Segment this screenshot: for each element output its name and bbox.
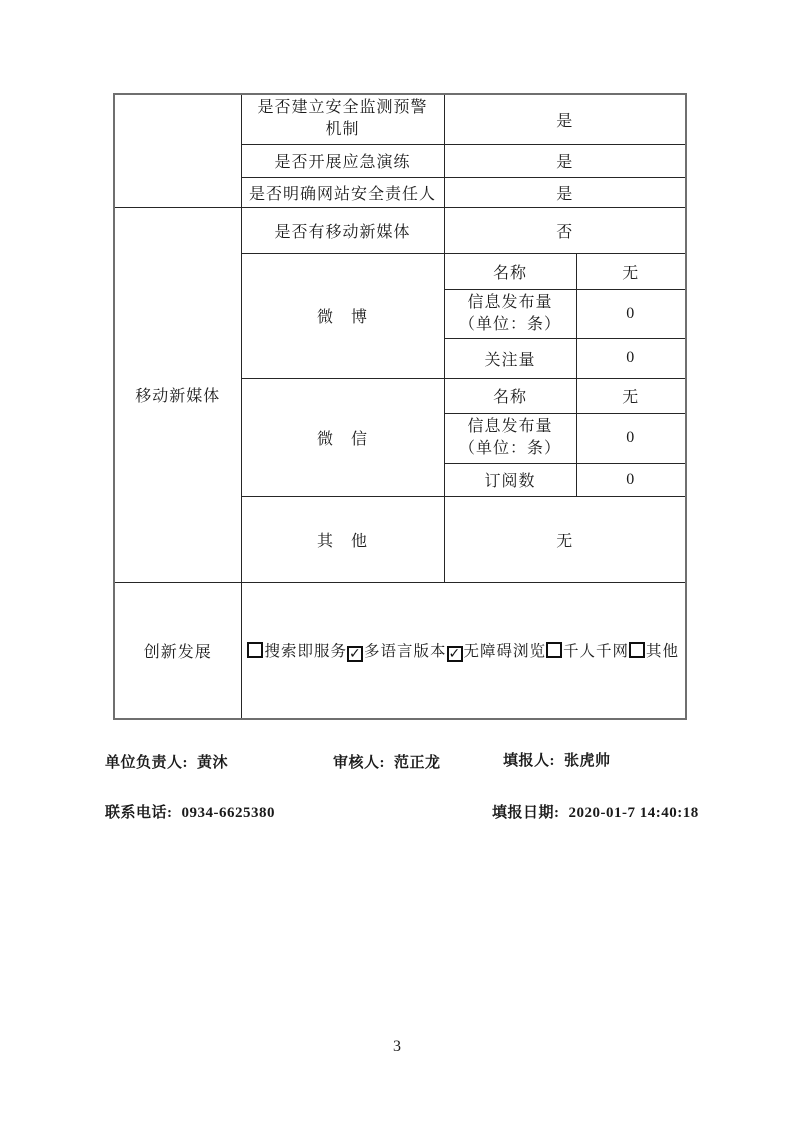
reviewer-name: 范正龙	[394, 755, 441, 771]
field-value-cell: 无	[576, 378, 686, 413]
question-cell: 是否有移动新媒体	[241, 207, 444, 253]
field-value-cell: 0	[576, 413, 686, 463]
reviewer-label: 审核人:	[333, 755, 385, 771]
date-label: 填报日期:	[492, 805, 560, 821]
checkbox-unchecked-icon	[546, 642, 562, 658]
field-value-cell: 0	[576, 289, 686, 338]
other-label-cell: 其 他	[241, 496, 444, 582]
answer-cell: 是	[444, 144, 686, 177]
phone-label: 联系电话:	[105, 805, 173, 821]
filler-person: 填报人:张虎帅	[503, 749, 611, 770]
checkbox-checked-icon: ✓	[347, 646, 363, 662]
filler-label: 填报人:	[503, 753, 555, 769]
field-value-cell: 0	[576, 463, 686, 496]
section-label-mobile-media: 移动新媒体	[114, 207, 241, 582]
field-value-cell: 0	[576, 338, 686, 378]
responsible-person: 单位负责人:黄沐	[105, 751, 228, 772]
checkbox-unchecked-icon	[247, 642, 263, 658]
question-cell: 是否明确网站安全责任人	[241, 177, 444, 207]
responsible-name: 黄沐	[197, 755, 228, 771]
other-value-cell: 无	[444, 496, 686, 582]
report-date: 填报日期:2020-01-7 14:40:18	[492, 801, 699, 822]
table-row: 移动新媒体 是否有移动新媒体 否	[114, 207, 686, 253]
innovation-option: ✓多语言版本	[347, 639, 447, 662]
page-number: 3	[0, 1038, 794, 1056]
innovation-option-label: 千人千网	[563, 643, 629, 660]
innovation-option: ✓无障碍浏览	[447, 639, 547, 662]
reviewer-person: 审核人:范正龙	[333, 751, 441, 772]
date-value: 2020-01-7 14:40:18	[569, 805, 699, 821]
weibo-label-cell: 微 博	[241, 253, 444, 378]
innovation-option: 千人千网	[546, 639, 629, 661]
report-page: 是否建立安全监测预警 机制 是 是否开展应急演练 是 是否明确网站安全责任人 是…	[0, 0, 794, 1123]
answer-cell: 是	[444, 94, 686, 144]
innovation-option-label: 多语言版本	[364, 643, 447, 660]
phone-number: 0934-6625380	[182, 805, 276, 821]
checkbox-checked-icon: ✓	[447, 646, 463, 662]
innovation-option: 搜索即服务	[247, 639, 347, 661]
checkbox-unchecked-icon	[629, 642, 645, 658]
field-label-cell: 关注量	[444, 338, 576, 378]
field-label-cell: 名称	[444, 378, 576, 413]
answer-cell: 是	[444, 177, 686, 207]
table-row: 创新发展 搜索即服务✓多语言版本✓无障碍浏览千人千网其他	[114, 582, 686, 719]
answer-cell: 否	[444, 207, 686, 253]
section-label-innovation: 创新发展	[114, 582, 241, 719]
field-label-cell: 信息发布量 （单位：条）	[444, 413, 576, 463]
question-cell: 是否开展应急演练	[241, 144, 444, 177]
annual-report-table: 是否建立安全监测预警 机制 是 是否开展应急演练 是 是否明确网站安全责任人 是…	[113, 93, 687, 720]
continuation-empty-cell	[114, 94, 241, 207]
innovation-options: 搜索即服务✓多语言版本✓无障碍浏览千人千网其他	[241, 582, 686, 719]
wechat-label-cell: 微 信	[241, 378, 444, 496]
filler-name: 张虎帅	[564, 753, 611, 769]
question-cell: 是否建立安全监测预警 机制	[241, 94, 444, 144]
innovation-option-label: 其他	[646, 643, 679, 660]
field-label-cell: 订阅数	[444, 463, 576, 496]
responsible-label: 单位负责人:	[105, 755, 188, 771]
table-row: 是否建立安全监测预警 机制 是	[114, 94, 686, 144]
field-value-cell: 无	[576, 253, 686, 289]
field-label-cell: 信息发布量 （单位：条）	[444, 289, 576, 338]
contact-phone: 联系电话:0934-6625380	[105, 801, 275, 822]
innovation-option-label: 搜索即服务	[264, 643, 347, 660]
field-label-cell: 名称	[444, 253, 576, 289]
innovation-option: 其他	[629, 639, 679, 661]
innovation-option-label: 无障碍浏览	[464, 643, 547, 660]
